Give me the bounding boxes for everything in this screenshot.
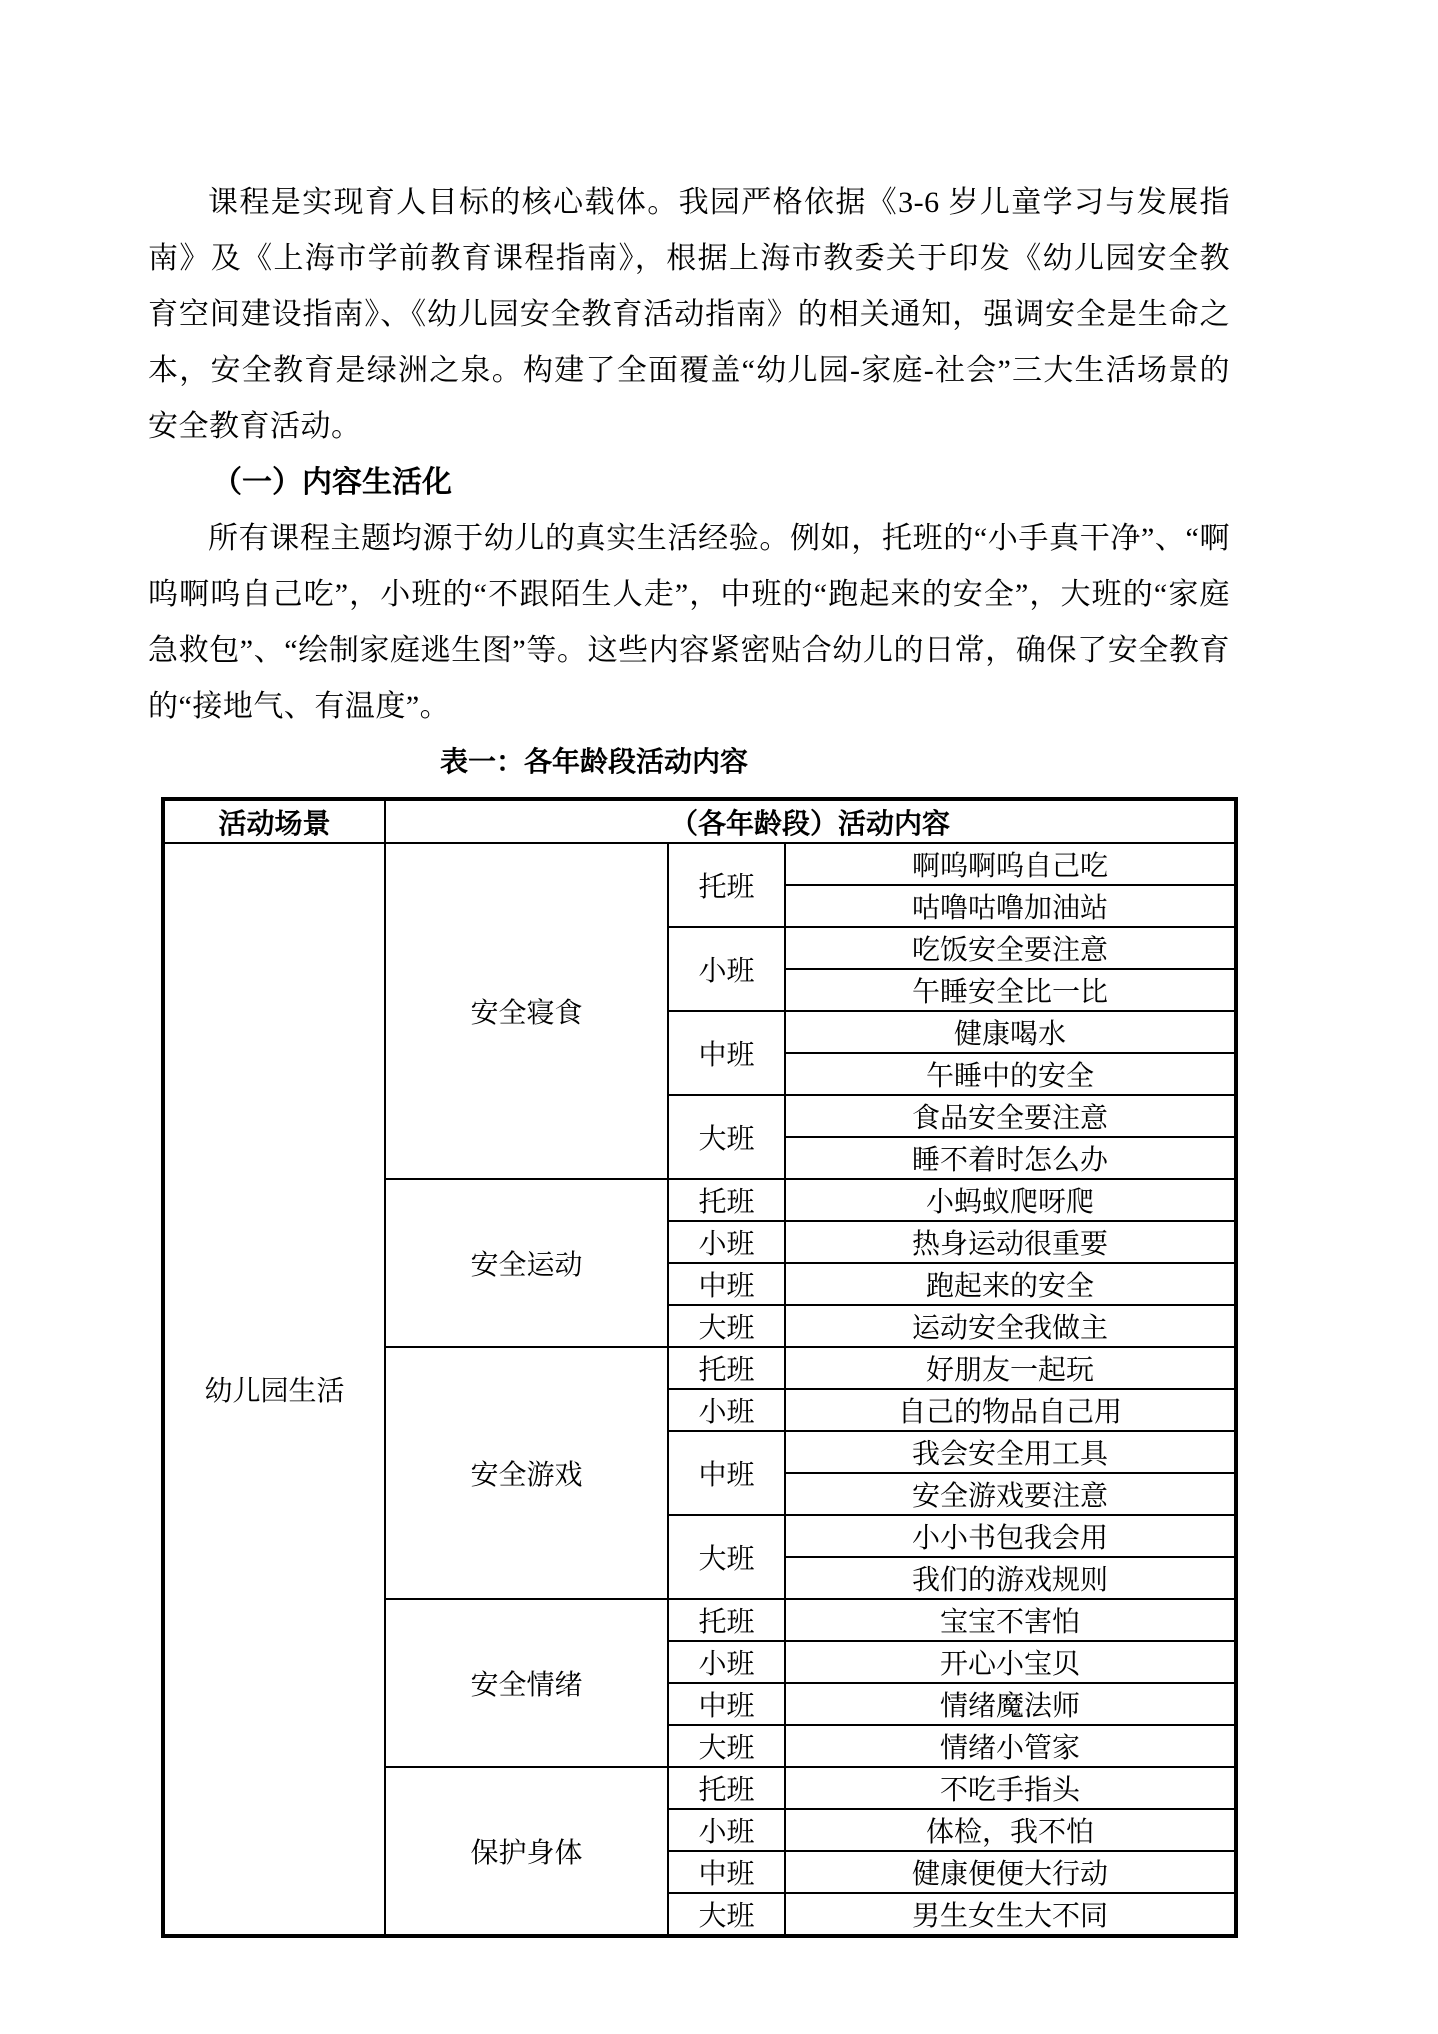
category-cell: 安全情绪 [385,1599,668,1767]
table-caption: 表一：各年龄段活动内容 [148,735,1230,791]
category-cell: 保护身体 [385,1767,668,1936]
age-cell: 小班 [668,927,785,1011]
activity-cell: 好朋友一起玩 [785,1347,1236,1389]
activity-cell: 运动安全我做主 [785,1305,1236,1347]
activity-cell: 睡不着时怎么办 [785,1137,1236,1179]
activity-cell: 小小书包我会用 [785,1515,1236,1557]
activity-cell: 宝宝不害怕 [785,1599,1236,1641]
age-cell: 中班 [668,1431,785,1515]
activity-cell: 午睡安全比一比 [785,969,1236,1011]
activity-cell: 咕噜咕噜加油站 [785,885,1236,927]
age-cell: 大班 [668,1893,785,1936]
age-cell: 大班 [668,1515,785,1599]
age-cell: 小班 [668,1389,785,1431]
activity-cell: 男生女生大不同 [785,1893,1236,1936]
age-cell: 中班 [668,1683,785,1725]
activity-cell: 自己的物品自己用 [785,1389,1236,1431]
activity-cell: 跑起来的安全 [785,1263,1236,1305]
header-activity-content: （各年龄段）活动内容 [385,799,1236,843]
document-content: 课程是实现育人目标的核心载体。我园严格依据《3-6 岁儿童学习与发展指南》及《上… [148,175,1230,1938]
activity-cell: 啊呜啊呜自己吃 [785,843,1236,885]
table-header-row: 活动场景 （各年龄段）活动内容 [163,799,1236,843]
paragraph-theme-examples: 所有课程主题均源于幼儿的真实生活经验。例如，托班的“小手真干净”、“啊呜啊呜自己… [148,511,1230,735]
activity-cell: 吃饭安全要注意 [785,927,1236,969]
category-cell: 安全寝食 [385,843,668,1179]
activity-cell: 我们的游戏规则 [785,1557,1236,1599]
paragraph-curriculum-intro: 课程是实现育人目标的核心载体。我园严格依据《3-6 岁儿童学习与发展指南》及《上… [148,175,1230,455]
age-cell: 小班 [668,1809,785,1851]
activity-table: 活动场景 （各年龄段）活动内容 幼儿园生活 安全寝食 托班 啊呜啊呜自己吃 咕噜… [161,797,1238,1938]
activity-cell: 情绪小管家 [785,1725,1236,1767]
activity-cell: 体检，我不怕 [785,1809,1236,1851]
activity-cell: 不吃手指头 [785,1767,1236,1809]
table-row: 幼儿园生活 安全寝食 托班 啊呜啊呜自己吃 [163,843,1236,885]
age-cell: 中班 [668,1011,785,1095]
activity-cell: 安全游戏要注意 [785,1473,1236,1515]
age-cell: 托班 [668,843,785,927]
age-cell: 托班 [668,1599,785,1641]
category-cell: 安全游戏 [385,1347,668,1599]
scene-cell: 幼儿园生活 [163,843,385,1936]
age-cell: 小班 [668,1221,785,1263]
age-cell: 托班 [668,1347,785,1389]
document-page: 课程是实现育人目标的核心载体。我园严格依据《3-6 岁儿童学习与发展指南》及《上… [0,0,1438,2034]
activity-cell: 开心小宝贝 [785,1641,1236,1683]
header-scene: 活动场景 [163,799,385,843]
activity-cell: 食品安全要注意 [785,1095,1236,1137]
age-cell: 大班 [668,1725,785,1767]
activity-cell: 小蚂蚁爬呀爬 [785,1179,1236,1221]
activity-cell: 健康便便大行动 [785,1851,1236,1893]
age-cell: 中班 [668,1263,785,1305]
age-cell: 大班 [668,1095,785,1179]
category-cell: 安全运动 [385,1179,668,1347]
age-cell: 小班 [668,1641,785,1683]
activity-cell: 健康喝水 [785,1011,1236,1053]
age-cell: 托班 [668,1767,785,1809]
activity-cell: 热身运动很重要 [785,1221,1236,1263]
age-cell: 托班 [668,1179,785,1221]
activity-cell: 我会安全用工具 [785,1431,1236,1473]
activity-cell: 情绪魔法师 [785,1683,1236,1725]
heading-content-lifestyle: （一）内容生活化 [148,455,1230,511]
activity-cell: 午睡中的安全 [785,1053,1236,1095]
age-cell: 大班 [668,1305,785,1347]
age-cell: 中班 [668,1851,785,1893]
